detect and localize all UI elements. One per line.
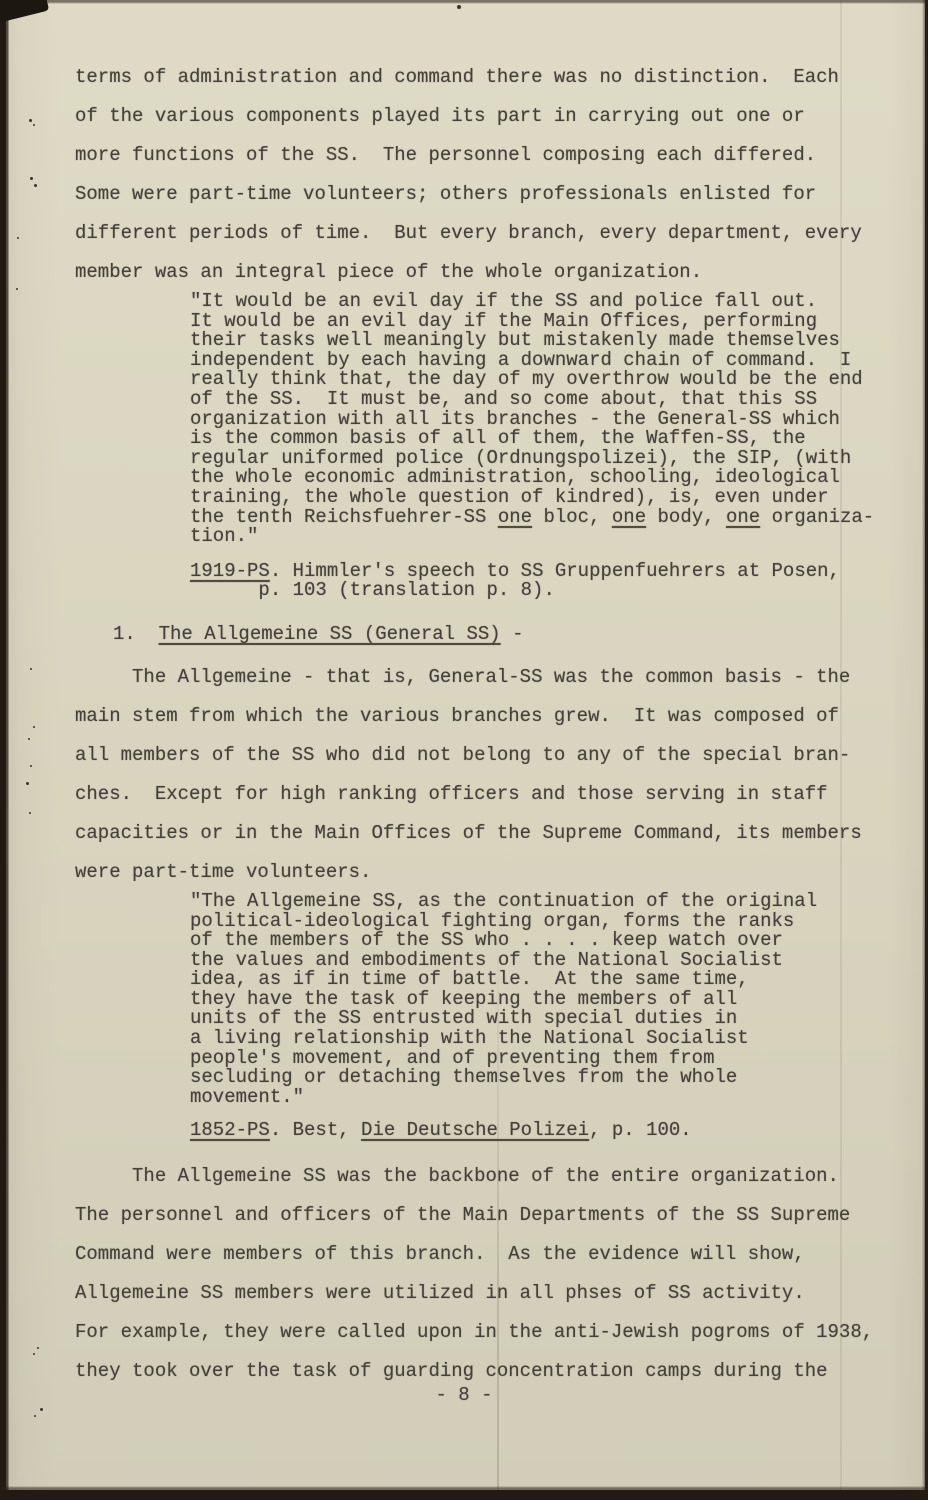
text-segment: movement." <box>190 1086 304 1108</box>
text-segment: , p. 100. <box>589 1119 692 1141</box>
ink-speck <box>26 782 29 785</box>
underlined-text: one <box>726 506 760 528</box>
himmler-speech-quote: "It would be an evil day if the SS and p… <box>190 292 892 547</box>
text-line: p. 103 (translation p. 8). <box>190 581 892 601</box>
text-line: 1. The Allgemeine SS (General SS) - <box>113 622 892 646</box>
paragraph-administration-command: terms of administration and command ther… <box>75 58 892 292</box>
ink-speck <box>30 668 32 670</box>
text-segment: p. 103 (translation p. 8). <box>190 579 555 601</box>
text-line: ches. Except for high ranking officers a… <box>75 775 892 814</box>
text-line: Allgemeine SS members were utilized in a… <box>75 1274 892 1313</box>
scan-edge-bottom <box>0 1486 928 1500</box>
text-segment: Allgemeine SS members were utilized in a… <box>75 1282 805 1304</box>
underlined-text: 1852-PS <box>190 1119 270 1141</box>
text-segment: member was an integral piece of the whol… <box>75 261 702 283</box>
scan-edge-right <box>922 0 928 1500</box>
text-line: capacities or in the Main Offices of the… <box>75 814 892 853</box>
text-segment: organiza- <box>760 506 874 528</box>
ink-speck <box>33 1353 35 1355</box>
best-polizei-quote: "The Allgemeine SS, as the continuation … <box>190 892 892 1108</box>
text-line: were part-time volunteers. <box>75 853 892 892</box>
text-segment: For example, they were called upon in th… <box>75 1321 873 1343</box>
text-segment: ches. Except for high ranking officers a… <box>75 783 828 805</box>
text-segment: all members of the SS who did not belong… <box>75 744 850 766</box>
underlined-text: Die Deutsche Polizei <box>361 1119 589 1141</box>
ink-speck <box>33 726 35 728</box>
text-segment: . Best, <box>270 1119 361 1141</box>
text-line: The Allgemeine - that is, General-SS was… <box>75 658 892 697</box>
ink-speck <box>29 812 31 814</box>
text-line: member was an integral piece of the whol… <box>75 253 892 292</box>
ink-speck <box>34 184 37 187</box>
text-segment: were part-time volunteers. <box>75 861 371 883</box>
text-line: Command were members of this branch. As … <box>75 1235 892 1274</box>
text-segment: 1. <box>113 623 159 645</box>
text-segment: The Allgemeine SS was the backbone of th… <box>75 1165 839 1187</box>
text-line: Some were part-time volunteers; others p… <box>75 175 892 214</box>
text-line: of the various components played its par… <box>75 97 892 136</box>
underlined-text: one <box>498 506 532 528</box>
ink-speck <box>40 1408 43 1411</box>
text-segment: The personnel and officers of the Main D… <box>75 1204 850 1226</box>
text-segment: main stem from which the various branche… <box>75 705 839 727</box>
text-segment: - <box>501 623 524 645</box>
citation-1919-ps: 1919-PS. Himmler's speech to SS Gruppenf… <box>190 562 892 601</box>
text-line: 1852-PS. Best, Die Deutsche Polizei, p. … <box>190 1121 892 1141</box>
text-line: The Allgemeine SS was the backbone of th… <box>75 1157 892 1196</box>
text-segment: Some were part-time volunteers; others p… <box>75 183 816 205</box>
ink-speck <box>30 765 32 767</box>
document-text: terms of administration and command ther… <box>0 0 928 1391</box>
ink-speck <box>16 288 18 290</box>
text-segment: capacities or in the Main Offices of the… <box>75 822 862 844</box>
text-line: more functions of the SS. The personnel … <box>75 136 892 175</box>
text-line: the tenth Reichsfuehrer-SS one bloc, one… <box>190 508 892 528</box>
citation-1852-ps: 1852-PS. Best, Die Deutsche Polizei, p. … <box>190 1121 892 1141</box>
ink-speck <box>34 1415 36 1417</box>
page-number: - 8 - <box>0 1384 928 1406</box>
ink-speck <box>17 237 19 239</box>
text-line: tion." <box>190 527 892 547</box>
text-segment: more functions of the SS. The personnel … <box>75 144 816 166</box>
scan-edge-left <box>0 0 9 1500</box>
text-line: For example, they were called upon in th… <box>75 1313 892 1352</box>
section-heading-allgemeine-ss: 1. The Allgemeine SS (General SS) - <box>113 622 892 646</box>
ink-speck <box>33 124 35 126</box>
scan-edge-top <box>0 0 928 4</box>
paragraph-allgemeine-definition: The Allgemeine - that is, General-SS was… <box>75 658 892 892</box>
underlined-text: one <box>612 506 646 528</box>
text-segment: they took over the task of guarding conc… <box>75 1360 828 1382</box>
ink-speck <box>457 5 461 9</box>
underlined-text: The Allgemeine SS (General SS) <box>159 623 501 645</box>
text-line: main stem from which the various branche… <box>75 697 892 736</box>
text-segment: The Allgemeine - that is, General-SS was… <box>75 666 850 688</box>
ink-speck <box>30 177 33 180</box>
text-line: movement." <box>190 1088 892 1108</box>
ink-speck <box>28 738 30 740</box>
paragraph-allgemeine-backbone: The Allgemeine SS was the backbone of th… <box>75 1157 892 1391</box>
text-segment: of the various components played its par… <box>75 105 805 127</box>
ink-speck <box>37 1347 39 1349</box>
text-line: The personnel and officers of the Main D… <box>75 1196 892 1235</box>
text-line: terms of administration and command ther… <box>75 58 892 97</box>
text-segment: tion." <box>190 525 258 547</box>
text-line: different periods of time. But every bra… <box>75 214 892 253</box>
text-line: all members of the SS who did not belong… <box>75 736 892 775</box>
text-segment: different periods of time. But every bra… <box>75 222 862 244</box>
text-segment: Command were members of this branch. As … <box>75 1243 805 1265</box>
text-segment: body, <box>646 506 726 528</box>
ink-speck <box>29 119 32 122</box>
scanned-document-page: terms of administration and command ther… <box>0 0 928 1500</box>
text-segment: terms of administration and command ther… <box>75 66 839 88</box>
text-segment: bloc, <box>532 506 612 528</box>
